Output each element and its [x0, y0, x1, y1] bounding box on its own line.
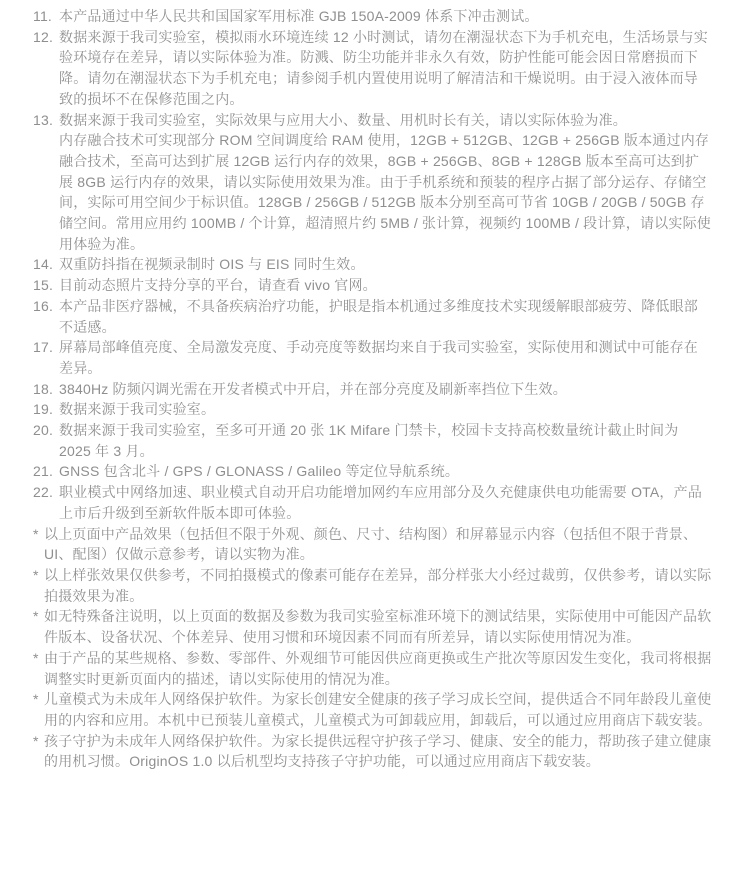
note-marker: 18. [33, 379, 59, 400]
note-marker: 12. [33, 27, 59, 48]
note-item: 14.双重防抖指在视频录制时 OIS 与 EIS 同时生效。 [33, 254, 712, 275]
note-text: 屏幕局部峰值亮度、全局激发亮度、手动亮度等数据均来自于我司实验室，实际使用和测试… [59, 337, 712, 378]
note-text: 如无特殊备注说明，以上页面的数据及参数为我司实验室标准环境下的测试结果，实际使用… [44, 606, 712, 647]
note-text: 孩子守护为未成年人网络保护软件。为家长提供远程守护孩子学习、健康、安全的能力，帮… [44, 731, 712, 772]
note-item: 15.目前动态照片支持分享的平台，请查看 vivo 官网。 [33, 275, 712, 296]
note-item: *以上样张效果仅供参考，不同拍摄模式的像素可能存在差异，部分样张大小经过裁剪，仅… [33, 565, 712, 606]
note-item: 21.GNSS 包含北斗 / GPS / GLONASS / Galileo 等… [33, 461, 712, 482]
note-text: 由于产品的某些规格、参数、零部件、外观细节可能因供应商更换或生产批次等原因发生变… [44, 648, 712, 689]
note-item: 18.3840Hz 防频闪调光需在开发者模式中开启，并在部分亮度及刷新率挡位下生… [33, 379, 712, 400]
note-item: 22.职业模式中网络加速、职业模式自动开启功能增加网约车应用部分及久充健康供电功… [33, 482, 712, 523]
note-text: 儿童模式为未成年人网络保护软件。为家长创建安全健康的孩子学习成长空间，提供适合不… [44, 689, 712, 730]
note-marker: 11. [33, 6, 59, 27]
note-item: 19.数据来源于我司实验室。 [33, 399, 712, 420]
note-text: 3840Hz 防频闪调光需在开发者模式中开启，并在部分亮度及刷新率挡位下生效。 [59, 379, 712, 400]
note-marker: 15. [33, 275, 59, 296]
note-marker: 21. [33, 461, 59, 482]
note-item: 11.本产品通过中华人民共和国国家军用标准 GJB 150A-2009 体系下冲… [33, 6, 712, 27]
note-text: 数据来源于我司实验室，实际效果与应用大小、数量、用机时长有关，请以实际体验为准。… [59, 110, 712, 255]
note-text: 数据来源于我司实验室，模拟雨水环境连续 12 小时测试，请勿在潮湿状态下为手机充… [59, 27, 712, 110]
note-marker: * [33, 648, 44, 669]
note-marker: * [33, 689, 44, 710]
note-marker: 16. [33, 296, 59, 317]
note-marker: * [33, 731, 44, 752]
note-text: 职业模式中网络加速、职业模式自动开启功能增加网约车应用部分及久充健康供电功能需要… [59, 482, 712, 523]
note-text: 本产品非医疗器械，不具备疾病治疗功能，护眼是指本机通过多维度技术实现缓解眼部疲劳… [59, 296, 712, 337]
note-item: *以上页面中产品效果（包括但不限于外观、颜色、尺寸、结构图）和屏幕显示内容（包括… [33, 524, 712, 565]
note-text: GNSS 包含北斗 / GPS / GLONASS / Galileo 等定位导… [59, 461, 712, 482]
note-item: *儿童模式为未成年人网络保护软件。为家长创建安全健康的孩子学习成长空间，提供适合… [33, 689, 712, 730]
note-marker: 22. [33, 482, 59, 503]
note-marker: 19. [33, 399, 59, 420]
note-marker: * [33, 565, 44, 586]
note-marker: 13. [33, 110, 59, 131]
numbered-notes-list: 11.本产品通过中华人民共和国国家军用标准 GJB 150A-2009 体系下冲… [33, 6, 712, 524]
disclaimer-page: 11.本产品通过中华人民共和国国家军用标准 GJB 150A-2009 体系下冲… [0, 0, 750, 869]
note-text: 数据来源于我司实验室。 [59, 399, 712, 420]
note-item: 17.屏幕局部峰值亮度、全局激发亮度、手动亮度等数据均来自于我司实验室，实际使用… [33, 337, 712, 378]
note-text: 以上页面中产品效果（包括但不限于外观、颜色、尺寸、结构图）和屏幕显示内容（包括但… [44, 524, 712, 565]
note-text: 本产品通过中华人民共和国国家军用标准 GJB 150A-2009 体系下冲击测试… [59, 6, 712, 27]
note-item: 12.数据来源于我司实验室，模拟雨水环境连续 12 小时测试，请勿在潮湿状态下为… [33, 27, 712, 110]
note-text: 以上样张效果仅供参考，不同拍摄模式的像素可能存在差异，部分样张大小经过裁剪，仅供… [44, 565, 712, 606]
note-marker: 14. [33, 254, 59, 275]
note-item: *如无特殊备注说明，以上页面的数据及参数为我司实验室标准环境下的测试结果，实际使… [33, 606, 712, 647]
asterisk-notes-list: *以上页面中产品效果（包括但不限于外观、颜色、尺寸、结构图）和屏幕显示内容（包括… [33, 524, 712, 772]
note-marker: * [33, 606, 44, 627]
note-marker: * [33, 524, 44, 545]
note-item: *由于产品的某些规格、参数、零部件、外观细节可能因供应商更换或生产批次等原因发生… [33, 648, 712, 689]
note-item: 20.数据来源于我司实验室，至多可开通 20 张 1K Mifare 门禁卡，校… [33, 420, 712, 461]
note-text: 目前动态照片支持分享的平台，请查看 vivo 官网。 [59, 275, 712, 296]
note-item: 13.数据来源于我司实验室，实际效果与应用大小、数量、用机时长有关，请以实际体验… [33, 110, 712, 255]
note-item: 16.本产品非医疗器械，不具备疾病治疗功能，护眼是指本机通过多维度技术实现缓解眼… [33, 296, 712, 337]
note-text: 数据来源于我司实验室，至多可开通 20 张 1K Mifare 门禁卡，校园卡支… [59, 420, 712, 461]
note-marker: 17. [33, 337, 59, 358]
note-marker: 20. [33, 420, 59, 441]
note-item: *孩子守护为未成年人网络保护软件。为家长提供远程守护孩子学习、健康、安全的能力，… [33, 731, 712, 772]
note-text: 双重防抖指在视频录制时 OIS 与 EIS 同时生效。 [59, 254, 712, 275]
